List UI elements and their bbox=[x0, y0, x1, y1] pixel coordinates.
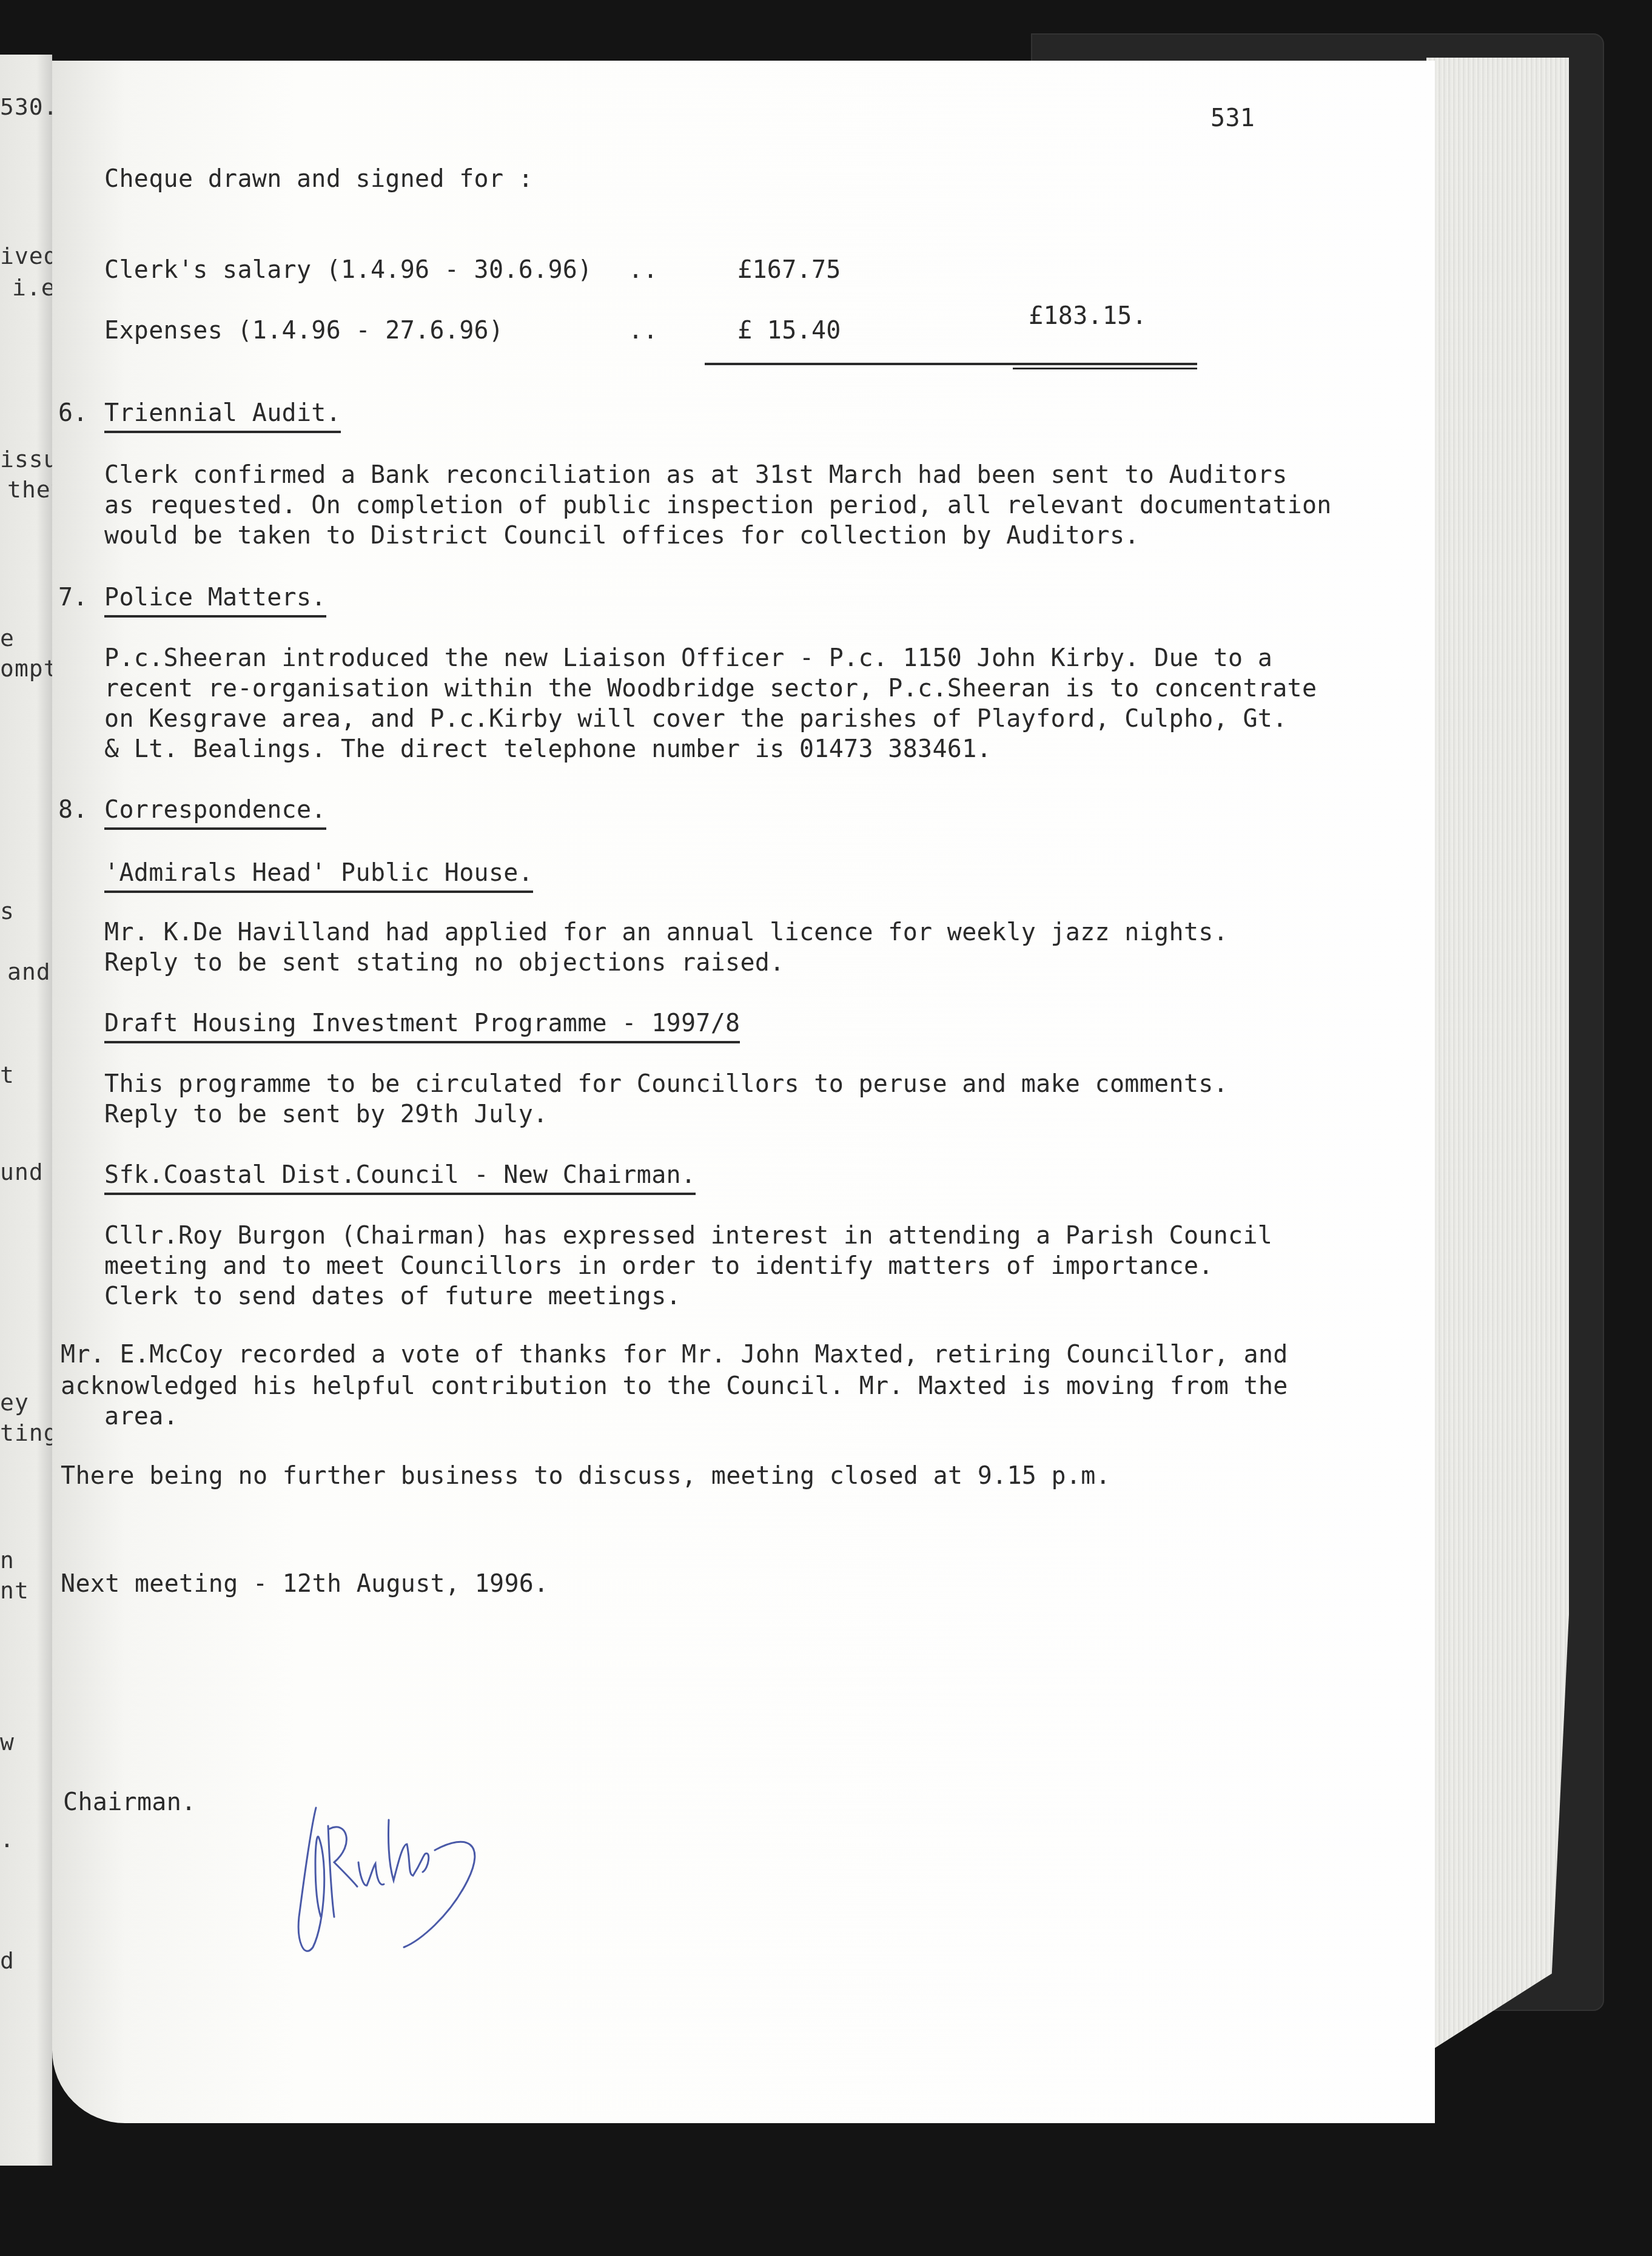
facing-page: 530. ived i.e. issue they e ompt s and t… bbox=[0, 55, 52, 2166]
section-title: Correspondence. bbox=[104, 796, 326, 830]
thanks-line: area. bbox=[104, 1402, 178, 1430]
cheque-item-label: Expenses (1.4.96 - 27.6.96) bbox=[104, 317, 503, 345]
next-meeting: Next meeting - 12th August, 1996. bbox=[61, 1570, 549, 1598]
total-rule bbox=[705, 363, 1197, 365]
facing-fragment: and bbox=[7, 958, 51, 985]
document-page: 531 Cheque drawn and signed for : Clerk'… bbox=[52, 61, 1435, 2123]
subsection-title: 'Admirals Head' Public House. bbox=[104, 859, 533, 893]
facing-fragment: t bbox=[0, 1062, 15, 1088]
facing-fragment: n bbox=[0, 1547, 15, 1574]
body-line: meeting and to meet Councillors in order… bbox=[104, 1252, 1214, 1280]
page-number: 531 bbox=[1210, 104, 1255, 132]
closing-statement: There being no further business to discu… bbox=[61, 1462, 1110, 1490]
body-line: Mr. K.De Havilland had applied for an an… bbox=[104, 918, 1228, 946]
section-number: 8. bbox=[58, 796, 88, 824]
cheque-heading: Cheque drawn and signed for : bbox=[104, 165, 533, 193]
body-line: Cllr.Roy Burgon (Chairman) has expressed… bbox=[104, 1222, 1272, 1250]
total-double-rule bbox=[1013, 368, 1197, 369]
chairman-label: Chairman. bbox=[63, 1788, 196, 1816]
chairman-signature bbox=[292, 1796, 522, 1965]
body-line: & Lt. Bealings. The direct telephone num… bbox=[104, 735, 992, 763]
facing-fragment: ived bbox=[0, 243, 58, 269]
cheque-item-amount: £ 15.40 bbox=[737, 317, 841, 345]
subsection-title: Sfk.Coastal Dist.Council - New Chairman. bbox=[104, 1161, 696, 1195]
cheque-item-label: Clerk's salary (1.4.96 - 30.6.96) bbox=[104, 256, 593, 284]
body-line: P.c.Sheeran introduced the new Liaison O… bbox=[104, 644, 1272, 672]
cheque-total: £183.15. bbox=[1029, 302, 1147, 330]
subsection-title: Draft Housing Investment Programme - 199… bbox=[104, 1009, 740, 1043]
body-line: Reply to be sent by 29th July. bbox=[104, 1100, 548, 1128]
cheque-item-leader: .. bbox=[628, 256, 658, 284]
body-line: would be taken to District Council offic… bbox=[104, 522, 1140, 550]
facing-fragment: 530. bbox=[0, 93, 58, 120]
body-line: Reply to be sent stating no objections r… bbox=[104, 949, 785, 977]
section-title: Triennial Audit. bbox=[104, 399, 341, 433]
facing-fragment: e bbox=[0, 625, 15, 652]
facing-fragment: d bbox=[0, 1947, 15, 1974]
facing-fragment: s bbox=[0, 898, 15, 924]
body-line: recent re-organisation within the Woodbr… bbox=[104, 675, 1317, 702]
section-title: Police Matters. bbox=[104, 584, 326, 618]
facing-fragment: ting bbox=[0, 1419, 58, 1446]
section-number: 6. bbox=[58, 399, 88, 427]
body-line: as requested. On completion of public in… bbox=[104, 491, 1332, 519]
facing-fragment: nt bbox=[0, 1577, 29, 1604]
body-line: on Kesgrave area, and P.c.Kirby will cov… bbox=[104, 705, 1288, 733]
facing-fragment: ompt bbox=[0, 655, 58, 682]
body-line: This programme to be circulated for Coun… bbox=[104, 1070, 1228, 1098]
page-stack-edge bbox=[1426, 58, 1569, 2053]
facing-fragment: . bbox=[0, 1826, 15, 1853]
facing-fragment: ey bbox=[0, 1389, 29, 1416]
cheque-item-amount: £167.75 bbox=[737, 256, 841, 284]
thanks-line: acknowledged his helpful contribution to… bbox=[61, 1372, 1288, 1400]
body-line: Clerk to send dates of future meetings. bbox=[104, 1282, 681, 1310]
section-number: 7. bbox=[58, 584, 88, 611]
cheque-item-leader: .. bbox=[628, 317, 658, 345]
facing-fragment: w bbox=[0, 1729, 15, 1756]
body-line: Clerk confirmed a Bank reconciliation as… bbox=[104, 461, 1288, 489]
thanks-line: Mr. E.McCoy recorded a vote of thanks fo… bbox=[61, 1341, 1288, 1369]
facing-fragment: und bbox=[0, 1159, 44, 1185]
